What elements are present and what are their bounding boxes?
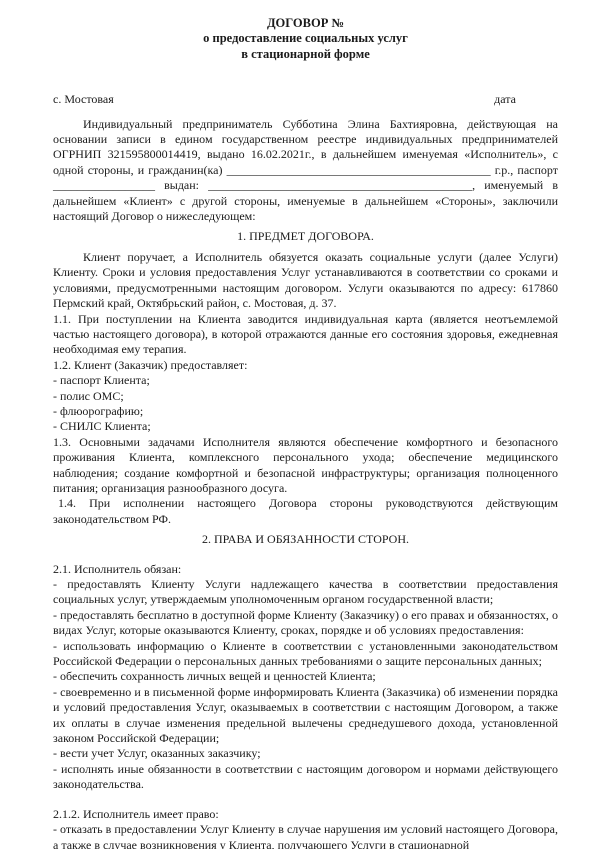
- section-1-lead: Клиент поручает, а Исполнитель обязуется…: [53, 250, 558, 312]
- place-name: с. Мостовая: [53, 92, 114, 107]
- document-list-item-passport: - паспорт Клиента;: [53, 373, 558, 388]
- document-list-item-fluorography: - флюорографию;: [53, 404, 558, 419]
- document-list-item-oms: - полис ОМС;: [53, 389, 558, 404]
- contract-page: ДОГОВОР № о предоставление социальных ус…: [0, 0, 600, 849]
- obligation-item-personal-data: - использовать информацию о Клиенте в со…: [53, 639, 558, 670]
- place-date-row: с. Мостовая дата: [53, 92, 558, 107]
- obligation-item-free-info: - предоставлять бесплатно в доступной фо…: [53, 608, 558, 639]
- obligation-item-records: - вести учет Услуг, оказанных заказчику;: [53, 746, 558, 761]
- date-label: дата: [494, 92, 516, 107]
- clause-2-1: 2.1. Исполнитель обязан:: [53, 562, 558, 577]
- clause-1-4: 1.4. При исполнении настоящего Договора …: [53, 496, 558, 527]
- title-line-2: о предоставление социальных услуг: [53, 31, 558, 46]
- obligation-item-other-duties: - исполнять иные обязанности в соответст…: [53, 762, 558, 793]
- intro-paragraph: Индивидуальный предприниматель Субботина…: [53, 117, 558, 225]
- obligation-item-quality: - предоставлять Клиенту Услуги надлежаще…: [53, 577, 558, 608]
- section-1-heading: 1. ПРЕДМЕТ ДОГОВОРА.: [53, 229, 558, 244]
- obligation-item-inform-changes: - своевременно и в письменной форме инфо…: [53, 685, 558, 747]
- title-line-3: в стационарной форме: [53, 47, 558, 62]
- clause-1-2: 1.2. Клиент (Заказчик) предоставляет:: [53, 358, 558, 373]
- clause-1-1: 1.1. При поступлении на Клиента заводитс…: [53, 312, 558, 358]
- right-item-refuse-services: - отказать в предоставлении Услуг Клиент…: [53, 822, 558, 849]
- clause-2-1-2: 2.1.2. Исполнитель имеет право:: [53, 807, 558, 822]
- document-title: ДОГОВОР № о предоставление социальных ус…: [53, 16, 558, 62]
- clause-1-3: 1.3. Основными задачами Исполнителя явля…: [53, 435, 558, 497]
- document-list-item-snils: - СНИЛС Клиента;: [53, 419, 558, 434]
- obligation-item-belongings: - обеспечить сохранность личных вещей и …: [53, 669, 558, 684]
- title-line-1: ДОГОВОР №: [53, 16, 558, 31]
- section-2-heading: 2. ПРАВА И ОБЯЗАННОСТИ СТОРОН.: [53, 532, 558, 547]
